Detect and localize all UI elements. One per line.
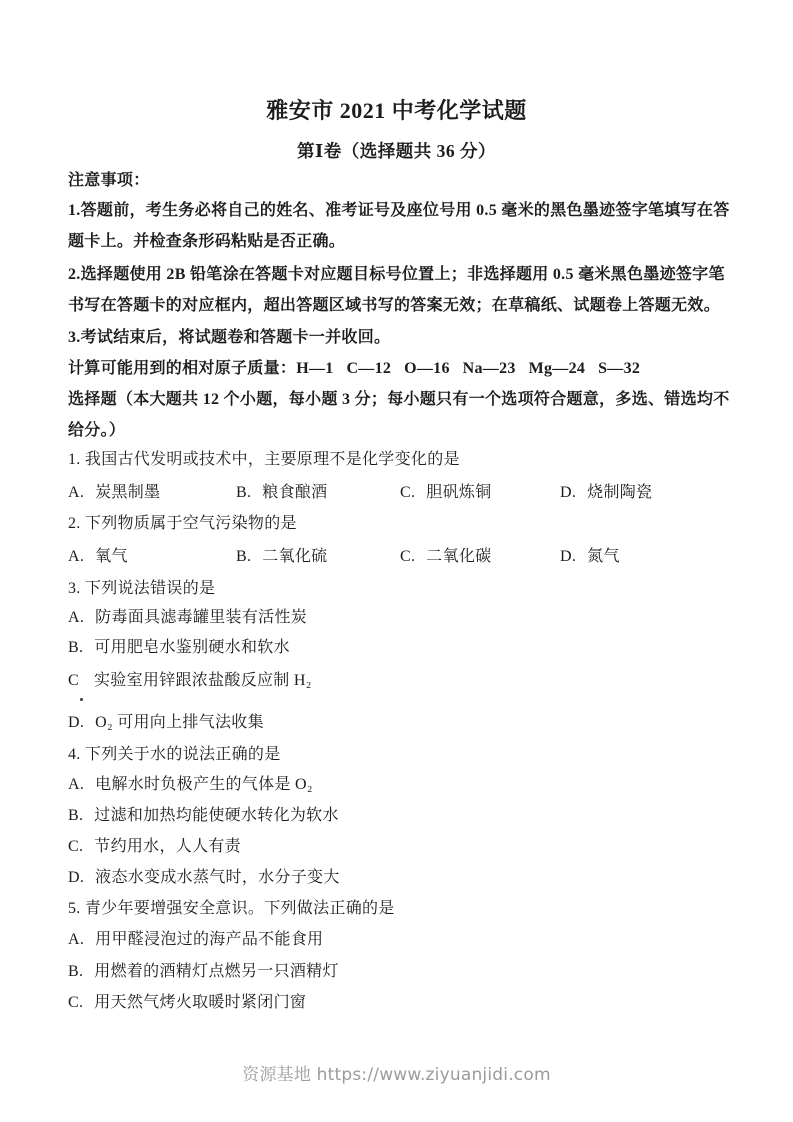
option-text: 电解水时负极产生的气体是 O₂ — [95, 776, 313, 793]
option-text: 用天然气烤火取暖时紧闭门窗 — [94, 994, 306, 1011]
option-text: 烧制陶瓷 — [587, 484, 652, 501]
question-4-option-d: D.液态水变成水蒸气时，水分子变大 — [68, 867, 725, 889]
notice-item-2-line-1: 2.选择题使用 2B 铅笔涂在答题卡对应题目标号位置上；非选择题用 0.5 毫米… — [68, 264, 725, 286]
page-title: 雅安市 2021 中考化学试题 — [0, 96, 793, 126]
option-label: D. — [560, 546, 576, 568]
option-label: C. — [68, 836, 83, 858]
option-label: B. — [236, 482, 251, 504]
option-text: 炭黑制墨 — [95, 484, 160, 501]
question-1-stem: 1. 我国古代发明或技术中，主要原理不是化学变化的是 — [68, 449, 725, 471]
question-2-option-a: A.氧气 — [68, 546, 128, 568]
question-4-option-c: C.节约用水，人人有责 — [68, 836, 725, 858]
question-2-option-c: C.二氧化碳 — [400, 546, 491, 568]
option-text: 节约用水，人人有责 — [94, 838, 241, 855]
question-3-option-c: C实验室用锌跟浓盐酸反应制 H₂ — [68, 670, 725, 692]
option-label: C — [68, 670, 83, 692]
option-label: D. — [68, 712, 84, 734]
question-5-option-c: C.用天然气烤火取暖时紧闭门窗 — [68, 992, 725, 1014]
option-text: 粮食酿酒 — [262, 484, 327, 501]
option-label: A. — [68, 546, 84, 568]
option-text: 液态水变成水蒸气时，水分子变大 — [95, 869, 340, 886]
section-header: 第Ⅰ卷（选择题共 36 分） — [0, 139, 793, 163]
watermark-footer: 资源基地 https://www.ziyuanjidi.com — [0, 1063, 793, 1087]
question-2-option-b: B.二氧化硫 — [236, 546, 327, 568]
atomic-masses-line: 计算可能用到的相对原子质量：H—1 C—12 O—16 Na—23 Mg—24 … — [68, 358, 725, 380]
notice-item-2-line-2: 书写在答题卡的对应框内，超出答题区域书写的答案无效；在草稿纸、试题卷上答题无效。 — [68, 295, 725, 317]
option-label: B. — [68, 637, 83, 659]
option-text: 胆矾炼铜 — [426, 484, 491, 501]
notice-heading: 注意事项： — [68, 170, 725, 192]
option-text: 过滤和加热均能使硬水转化为软水 — [94, 807, 339, 824]
question-1-option-c: C.胆矾炼铜 — [400, 482, 491, 504]
question-1-option-a: A.炭黑制墨 — [68, 482, 160, 504]
option-label: B. — [68, 805, 83, 827]
option-text: 二氧化碳 — [426, 548, 491, 565]
question-5-stem: 5. 青少年要增强安全意识。下列做法正确的是 — [68, 898, 725, 920]
option-label: C. — [400, 546, 415, 568]
option-label: C. — [68, 992, 83, 1014]
question-1-option-d: D.烧制陶瓷 — [560, 482, 652, 504]
notice-item-1-line-2: 题卡上。并检查条形码粘贴是否正确。 — [68, 231, 725, 253]
option-label: B. — [68, 961, 83, 983]
question-5-option-a: A.用甲醛浸泡过的海产品不能食用 — [68, 929, 725, 951]
option-text: 实验室用锌跟浓盐酸反应制 H₂ — [94, 672, 312, 689]
option-label: A. — [68, 929, 84, 951]
exam-paper-page: 雅安市 2021 中考化学试题 第Ⅰ卷（选择题共 36 分） 注意事项： 1.答… — [0, 0, 793, 1122]
question-2-stem: 2. 下列物质属于空气污染物的是 — [68, 513, 725, 535]
option-label: B. — [236, 546, 251, 568]
option-text: 氮气 — [587, 548, 620, 565]
choice-section-intro-line-1: 选择题（本大题共 12 个小题，每小题 3 分；每小题只有一个选项符合题意，多选… — [68, 389, 725, 411]
option-text: 氧气 — [95, 548, 128, 565]
option-text: 防毒面具滤毒罐里装有活性炭 — [95, 609, 307, 626]
option-label: A. — [68, 482, 84, 504]
option-text: 可用肥皂水鉴别硬水和软水 — [94, 639, 290, 656]
question-1-option-b: B.粮食酿酒 — [236, 482, 327, 504]
question-4-option-b: B.过滤和加热均能使硬水转化为软水 — [68, 805, 725, 827]
option-text: 二氧化硫 — [262, 548, 327, 565]
option-label: D. — [68, 867, 84, 889]
option-text: 用甲醛浸泡过的海产品不能食用 — [95, 931, 323, 948]
choice-section-intro-line-2: 给分。） — [68, 420, 725, 442]
option-label: A. — [68, 774, 84, 796]
question-2-options: A.氧气 B.二氧化硫 C.二氧化碳 D.氮气 — [68, 546, 725, 568]
question-3-option-b: B.可用肥皂水鉴别硬水和软水 — [68, 637, 725, 659]
question-2-option-d: D.氮气 — [560, 546, 620, 568]
question-5-option-b: B.用燃着的酒精灯点燃另一只酒精灯 — [68, 961, 725, 983]
option-label: C. — [400, 482, 415, 504]
question-4-option-a: A.电解水时负极产生的气体是 O₂ — [68, 774, 725, 796]
option-text: 用燃着的酒精灯点燃另一只酒精灯 — [94, 963, 339, 980]
question-4-stem: 4. 下列关于水的说法正确的是 — [68, 744, 725, 766]
notice-item-1-line-1: 1.答题前，考生务必将自己的姓名、准考证号及座位号用 0.5 毫米的黑色墨迹签字… — [68, 200, 725, 222]
option-text: O₂ 可用向上排气法收集 — [95, 714, 264, 731]
notice-item-3: 3.考试结束后，将试题卷和答题卡一并收回。 — [68, 327, 725, 349]
question-1-options: A.炭黑制墨 B.粮食酿酒 C.胆矾炼铜 D.烧制陶瓷 — [68, 482, 725, 504]
scan-artifact-dot — [80, 698, 83, 701]
question-3-option-a: A.防毒面具滤毒罐里装有活性炭 — [68, 607, 725, 629]
question-3-option-d: D.O₂ 可用向上排气法收集 — [68, 712, 725, 734]
option-label: A. — [68, 607, 84, 629]
question-3-stem: 3. 下列说法错误的是 — [68, 578, 725, 600]
option-label: D. — [560, 482, 576, 504]
